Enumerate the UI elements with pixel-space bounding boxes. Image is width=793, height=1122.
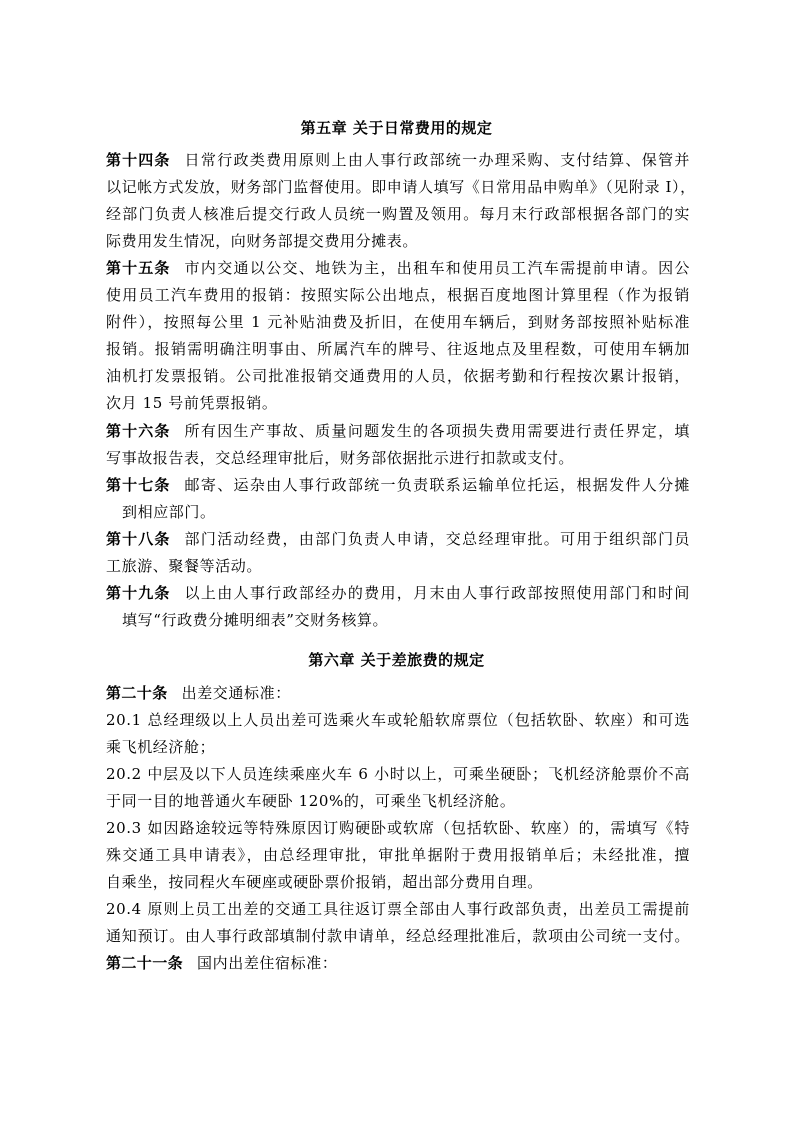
item-20-1-line-1: 20.1 总经理级以上人员出差可选乘火车或轮船软席票位（包括软卧、软座）和可选 (106, 710, 690, 730)
chapter-6-title: 第六章 关于差旅费的规定 (0, 650, 793, 670)
article-15-line-3: 附件），按照每公里 1 元补贴油费及折旧，在使用车辆后，到财务部按照补贴标准 (106, 312, 690, 332)
item-20-3-line-2: 殊交通工具申请表》，由总经理审批，审批单据附于费用报销单后；未经批准，擅 (106, 845, 690, 865)
article-18-line-1: 第十八条部门活动经费，由部门负责人申请，交总经理审批。可用于组织部门员 (106, 529, 690, 549)
chapter-5-title: 第五章 关于日常费用的规定 (0, 118, 793, 138)
article-20-label: 第二十条 (106, 684, 168, 702)
article-14-line-3: 经部门负责人核准后提交行政人员统一购置及领用。每月末行政部根据各部门的实 (106, 204, 690, 224)
article-16-line-1: 第十六条所有因生产事故、质量问题发生的各项损失费用需要进行责任界定，填 (106, 421, 690, 441)
item-20-2-line-2: 于同一目的地普通火车硬卧 120%的，可乘坐飞机经济舱。 (106, 791, 690, 811)
item-20-2-line-1: 20.2 中层及以下人员连续乘座火车 6 小时以上，可乘坐硬卧；飞机经济舱票价不… (106, 764, 690, 784)
article-19-line-1: 第十九条以上由人事行政部经办的费用，月末由人事行政部按照使用部门和时间 (106, 583, 690, 603)
article-15-line-1: 第十五条市内交通以公交、地铁为主，出租车和使用员工汽车需提前申请。因公 (106, 258, 690, 278)
article-14-line-1: 第十四条日常行政类费用原则上由人事行政部统一办理采购、支付结算、保管并 (106, 150, 690, 170)
document-page: 第五章 关于日常费用的规定 第十四条日常行政类费用原则上由人事行政部统一办理采购… (0, 0, 793, 1122)
item-20-4-line-2: 通知预订。由人事行政部填制付款申请单，经总经理批准后，款项由公司统一支付。 (106, 926, 690, 946)
article-15-line-2: 使用员工汽车费用的报销：按照实际公出地点，根据百度地图计算里程（作为报销 (106, 285, 690, 305)
article-15-label: 第十五条 (106, 259, 171, 277)
item-20-4-line-1: 20.4 原则上员工出差的交通工具往返订票全部由人事行政部负责，出差员工需提前 (106, 899, 690, 919)
item-20-1-line-2: 乘飞机经济舱； (106, 737, 690, 757)
article-14-line-4: 际费用发生情况，向财务部提交费用分摊表。 (106, 231, 690, 251)
article-18-label: 第十八条 (106, 530, 171, 548)
article-19-line-2: 填写“行政费分摊明细表”交财务核算。 (122, 610, 690, 630)
item-20-3-line-3: 自乘坐，按同程火车硬座或硬卧票价报销，超出部分费用自理。 (106, 872, 690, 892)
article-18-line-2: 工旅游、聚餐等活动。 (106, 556, 690, 576)
article-17-line-1: 第十七条邮寄、运杂由人事行政部统一负责联系运输单位托运，根据发件人分摊 (106, 475, 690, 495)
article-15-line-5: 油机打发票报销。公司批准报销交通费用的人员，依据考勤和行程按次累计报销， (106, 366, 690, 386)
article-16-line-2: 写事故报告表，交总经理审批后，财务部依据批示进行扣款或支付。 (106, 448, 690, 468)
article-21-label: 第二十一条 (106, 954, 183, 972)
article-20-line: 第二十条出差交通标准： (106, 683, 690, 703)
article-17-line-2: 到相应部门。 (122, 502, 690, 522)
article-14-line-2: 以记帐方式发放，财务部门监督使用。即申请人填写《日常用品申购单》（见附录 I）， (106, 177, 690, 197)
article-17-label: 第十七条 (106, 476, 171, 494)
article-19-label: 第十九条 (106, 584, 171, 602)
article-15-line-4: 报销。报销需明确注明事由、所属汽车的牌号、往返地点及里程数，可使用车辆加 (106, 339, 690, 359)
article-16-label: 第十六条 (106, 422, 171, 440)
article-15-line-6: 次月 15 号前凭票报销。 (106, 393, 690, 413)
article-21-line: 第二十一条国内出差住宿标准： (106, 953, 690, 973)
item-20-3-line-1: 20.3 如因路途较远等特殊原因订购硬卧或软席（包括软卧、软座）的，需填写《特 (106, 818, 690, 838)
article-14-label: 第十四条 (106, 151, 171, 169)
